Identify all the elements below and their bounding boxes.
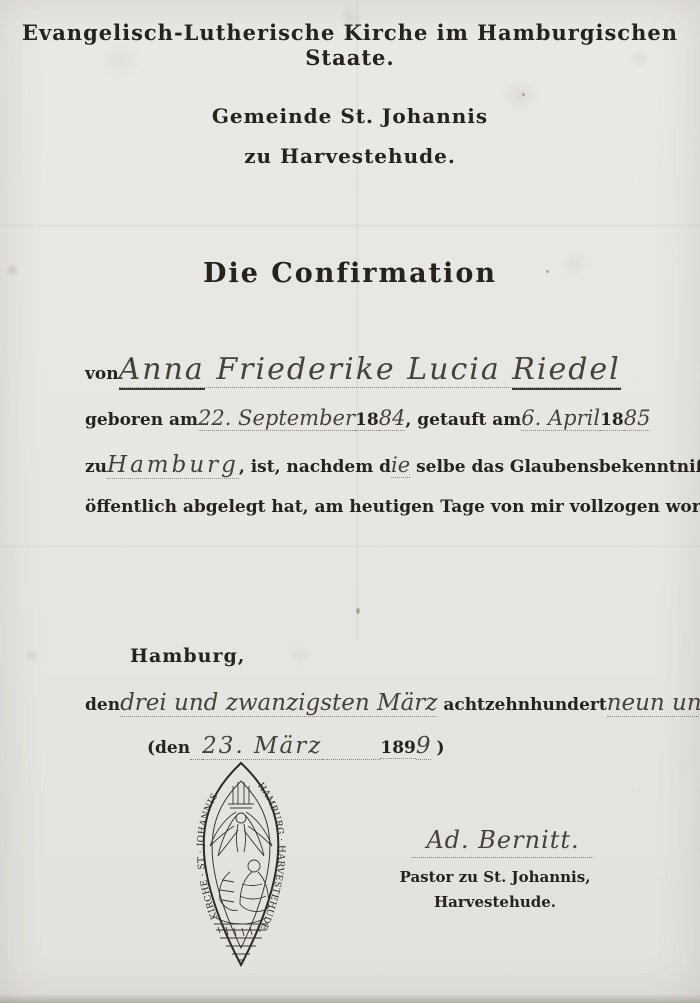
paper-bottom-edge: [0, 994, 700, 1003]
birth-date: 22. September: [198, 406, 355, 431]
birth-place: Hamburg: [107, 452, 239, 479]
church-seal: KIRCHE · ST · JOHANNIS HAMBURG · HARVEST…: [176, 760, 306, 968]
certificate-document: Evangelisch-Lutherische Kirche im Hambur…: [0, 0, 700, 1003]
vertical-fold-line: [356, 0, 359, 640]
born-label: geboren am: [85, 410, 198, 430]
parish-name: Gemeinde St. Johannis: [0, 104, 700, 128]
name-spacer: [205, 352, 217, 387]
horizontal-fold-line: [0, 224, 700, 227]
svg-text:KIRCHE · ST · JOHANNIS: KIRCHE · ST · JOHANNIS: [196, 792, 220, 921]
clause-text-end: selbe das Glaubensbekenntniß: [416, 457, 700, 477]
parish-location: zu Harvestehude.: [0, 144, 700, 168]
last-name: Riedel: [512, 352, 621, 390]
pastor-signature: Ad. Bernitt.: [412, 826, 593, 858]
city-line: Hamburg,: [130, 645, 245, 667]
date-words-line: den drei und zwanzigsten März achtzehnhu…: [85, 690, 650, 717]
paper-speck: [522, 93, 525, 96]
born-century-printed: 18: [355, 410, 379, 431]
place-line: zu Hamburg , ist, nachdem die selbe das …: [85, 452, 615, 479]
date-in-words: drei und zwanzigsten März: [120, 690, 437, 717]
city-name: Hamburg,: [130, 645, 245, 667]
certificate-title: Die Confirmation: [0, 258, 700, 289]
blank-rule: [322, 759, 380, 760]
zu-label: zu: [85, 457, 107, 477]
von-label: von: [85, 364, 119, 384]
church-header: Evangelisch-Lutherische Kirche im Hambur…: [0, 20, 700, 70]
pastor-role-line1: Pastor zu St. Johannis,: [330, 868, 660, 886]
name-line: von Anna Friederike Lucia Riedel: [85, 352, 615, 388]
baptism-year: 85: [624, 406, 651, 431]
birth-year: 84: [379, 406, 406, 431]
seal-right-text: HAMBURG · HARVESTEHUDE: [255, 781, 286, 931]
den-label: den: [85, 695, 120, 715]
den-numeric-label: (den: [147, 738, 190, 758]
seal-left-text: KIRCHE · ST · JOHANNIS: [196, 792, 220, 921]
paren-close-glyph: ): [436, 738, 444, 758]
achtzehnhundert-label: achtzehnhundert: [443, 695, 606, 715]
middle-names: Friederike Lucia: [216, 352, 500, 387]
baptized-label: , getauft am: [405, 410, 521, 430]
pronoun-ending: ie: [391, 453, 410, 478]
dates-line: geboren am 22. September 18 84 , getauft…: [85, 406, 615, 431]
seal-engraving: [210, 782, 272, 960]
numeric-year-digit: 9: [416, 733, 431, 760]
numeric-century-printed: 189: [380, 738, 416, 759]
name-spacer: [501, 352, 513, 387]
date-numeric-line: (den 23. März 189 9 ): [147, 733, 444, 760]
signature-line: Ad. Bernitt.: [418, 826, 588, 858]
numeric-day: 23. März: [202, 733, 322, 760]
horizontal-fold-line: [0, 545, 700, 548]
first-name: Anna: [119, 352, 205, 390]
completion-line: öffentlich abgelegt hat, am heutigen Tag…: [85, 497, 700, 517]
pastor-role-line2: Harvestehude.: [330, 893, 660, 911]
svg-text:HAMBURG · HARVESTEHUDE: HAMBURG · HARVESTEHUDE: [255, 781, 286, 931]
baptism-date: 6. April: [521, 406, 600, 431]
confirmand-name: Anna Friederike Lucia Riedel: [119, 352, 621, 388]
year-in-words: neun und neunzig.: [607, 690, 700, 717]
paper-speck: [356, 608, 360, 614]
completion-text: öffentlich abgelegt hat, am heutigen Tag…: [85, 497, 700, 517]
clause-text: , ist, nachdem d: [239, 457, 391, 477]
baptized-century-printed: 18: [600, 410, 624, 431]
